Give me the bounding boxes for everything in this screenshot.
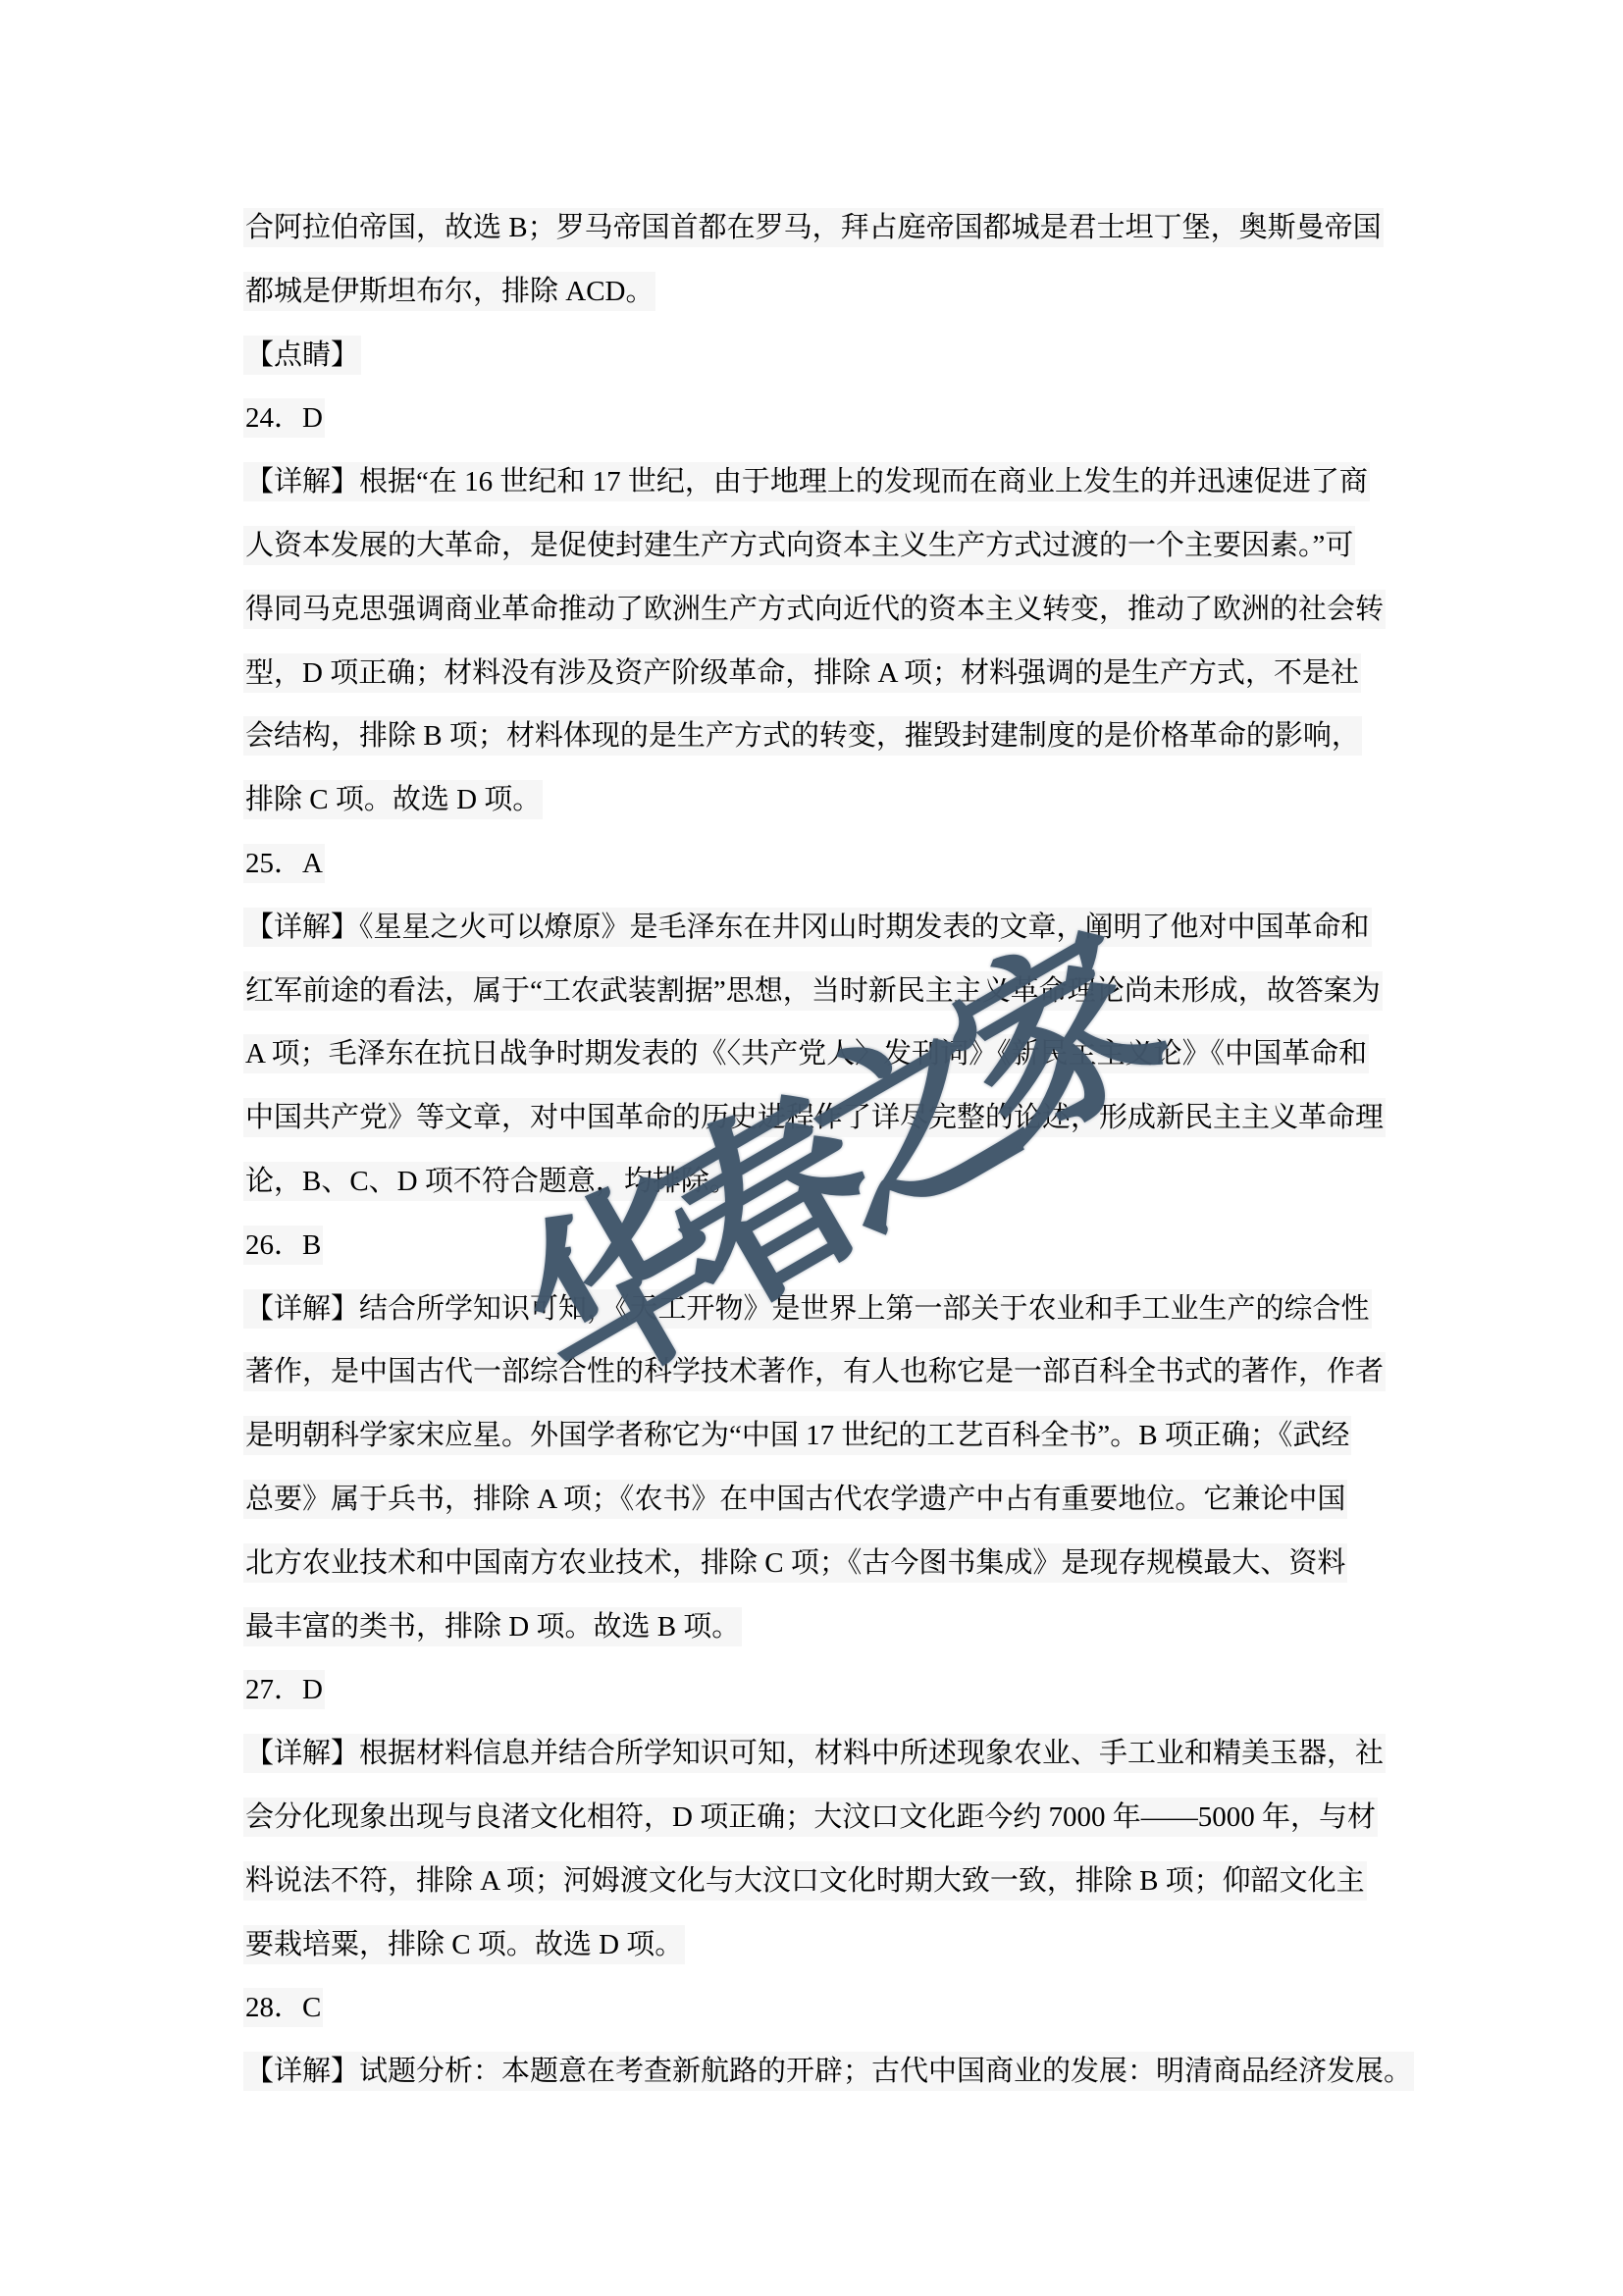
text-line: 料说法不符，排除 A 项；河姆渡文化与大汶口文化时期大致一致，排除 B 项；仰韶… (243, 1850, 1391, 1913)
text-line: 要栽培粟，排除 C 项。故选 D 项。 (243, 1913, 1391, 1977)
text-line: 都城是伊斯坦布尔，排除 ACD。 (243, 260, 1391, 324)
text-line: 型，D 项正确；材料没有涉及资产阶级革命，排除 A 项；材料强调的是生产方式，不… (243, 642, 1391, 705)
text-line: 25．A (243, 832, 1391, 896)
text-line: 北方农业技术和中国南方农业技术，排除 C 项；《古今图书集成》是现存规模最大、资… (243, 1532, 1391, 1595)
text-line: 著作，是中国古代一部综合性的科学技术著作，有人也称它是一部百科全书式的著作，作者 (243, 1340, 1391, 1404)
text-line: 【详解】《星星之火可以燎原》是毛泽东在井冈山时期发表的文章，阐明了他对中国革命和 (243, 896, 1391, 960)
text-line: 中国共产党》等文章，对中国革命的历史进程作了详尽完整的论述，形成新民主主义革命理 (243, 1086, 1391, 1150)
text-line: 排除 C 项。故选 D 项。 (243, 768, 1391, 832)
text-line: 得同马克思强调商业革命推动了欧洲生产方式向近代的资本主义转变，推动了欧洲的社会转 (243, 578, 1391, 642)
document-body: 合阿拉伯帝国，故选 B；罗马帝国首都在罗马，拜占庭帝国都城是君士坦丁堡，奥斯曼帝… (243, 196, 1391, 2104)
text-line: 会分化现象出现与良渚文化相符，D 项正确；大汶口文化距今约 7000 年——50… (243, 1786, 1391, 1850)
text-line: 会结构，排除 B 项；材料体现的是生产方式的转变，摧毁封建制度的是价格革命的影响… (243, 704, 1391, 768)
text-line: 人资本发展的大革命，是促使封建生产方式向资本主义生产方式过渡的一个主要因素。”可 (243, 514, 1391, 578)
text-line: 24．D (243, 387, 1391, 450)
text-line: 红军前途的看法，属于“工农武装割据”思想，当时新民主主义革命理论尚未形成，故答案… (243, 960, 1391, 1023)
text-line: 【点睛】 (243, 324, 1391, 388)
text-line: 26．B (243, 1214, 1391, 1278)
text-line: 【详解】根据材料信息并结合所学知识可知，材料中所述现象农业、手工业和精美玉器，社 (243, 1722, 1391, 1786)
text-line: 【详解】结合所学知识可知，《天工开物》是世界上第一部关于农业和手工业生产的综合性 (243, 1278, 1391, 1341)
text-line: 合阿拉伯帝国，故选 B；罗马帝国首都在罗马，拜占庭帝国都城是君士坦丁堡，奥斯曼帝… (243, 196, 1391, 260)
text-line: 27．D (243, 1658, 1391, 1722)
text-line: A 项；毛泽东在抗日战争时期发表的《〈共产党人〉发刊词》《新民主主义论》《中国革… (243, 1022, 1391, 1086)
text-line: 最丰富的类书，排除 D 项。故选 B 项。 (243, 1595, 1391, 1659)
text-line: 是明朝科学家宋应星。外国学者称它为“中国 17 世纪的工艺百科全书”。B 项正确… (243, 1404, 1391, 1468)
text-line: 【详解】根据“在 16 世纪和 17 世纪，由于地理上的发现而在商业上发生的并迅… (243, 450, 1391, 514)
page: 合阿拉伯帝国，故选 B；罗马帝国首都在罗马，拜占庭帝国都城是君士坦丁堡，奥斯曼帝… (0, 0, 1623, 2296)
text-line: 28．C (243, 1976, 1391, 2040)
text-line: 论，B、C、D 项不符合题意，均排除。 (243, 1150, 1391, 1214)
text-line: 总要》属于兵书，排除 A 项；《农书》在中国古代农学遗产中占有重要地位。它兼论中… (243, 1468, 1391, 1532)
text-line: 【详解】试题分析：本题意在考查新航路的开辟；古代中国商业的发展：明清商品经济发展… (243, 2040, 1391, 2104)
